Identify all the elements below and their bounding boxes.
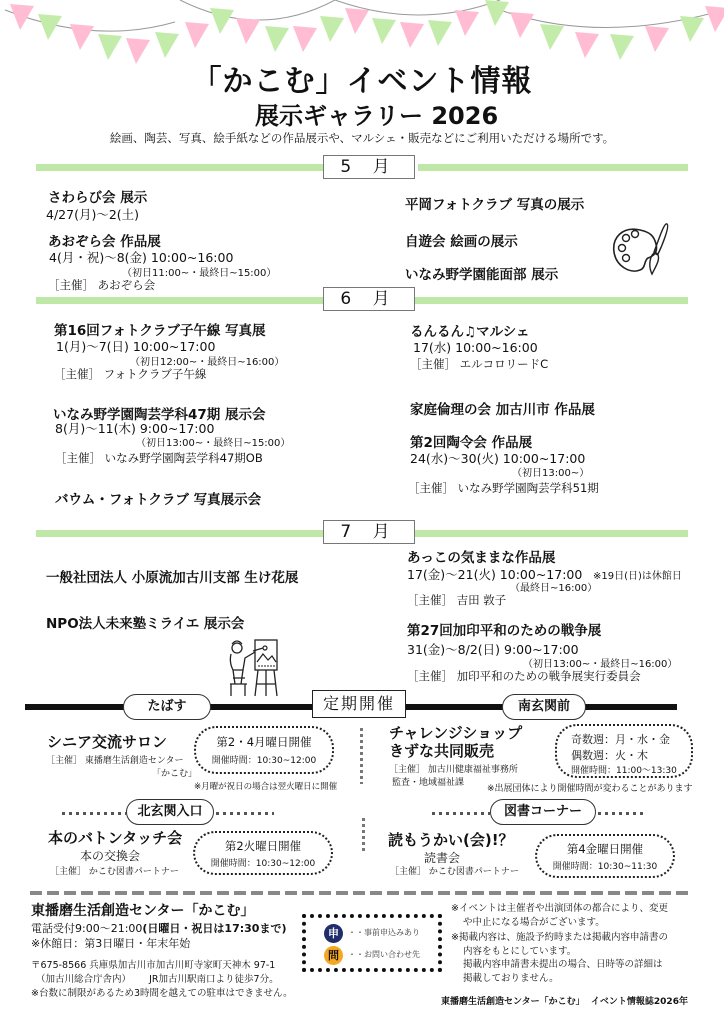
divider-dotted — [62, 812, 126, 815]
divider-dotted — [216, 812, 274, 815]
paint-palette-icon — [610, 222, 674, 280]
event-date: 17(水) 10:00~16:00 — [413, 338, 538, 356]
page-description: 絵画、陶芸、写真、絵手紙などの作品展示や、マルシェ・販売などにご利用いただける場… — [0, 130, 724, 146]
schedule-text: 奇数週：月・水・金 — [571, 731, 691, 747]
event-host: ［主催］ いなみ野学園陶芸学科51期 — [408, 480, 599, 496]
footer-address2: （加古川総合庁舎内） JR加古川駅南口より徒歩7分。 — [36, 971, 279, 985]
event-title: 第27回加印平和のための戦争展 — [407, 619, 601, 639]
month-label-may: 5 月 — [323, 155, 415, 179]
divider-dotted — [360, 728, 363, 784]
regular-events-label: 定期開催 — [312, 690, 406, 718]
note-line: 掲載しておりません。 — [451, 972, 668, 986]
regular-host: ［主催］ かこむ図書パートナー — [50, 864, 179, 877]
month-label-july: 7 月 — [323, 520, 415, 544]
regular-host: ［主催］ かこむ図書パートナー — [390, 864, 519, 877]
schedule-time: 開催時間：10:30~11:30 — [537, 859, 673, 872]
event-host: ［主催］ エルコロリードC — [410, 356, 548, 372]
regular-host2: 「かこむ」 — [152, 766, 197, 779]
footer-phone: 電話受付9:00～21:00(日曜日・祝日は17:30まで) — [31, 920, 286, 936]
event-title: バウム・フォトクラブ 写真展示会 — [55, 488, 261, 508]
inquiry-badge-icon: 問 — [324, 946, 343, 965]
event-date: 4/27(月)～2(土) — [46, 205, 139, 223]
schedule-text: 第2火曜日開催 — [195, 838, 331, 854]
note-line: 内容をもとにしています。 — [451, 945, 668, 959]
painter-at-easel-icon — [225, 638, 287, 698]
note-line: や中止になる場合がございます。 — [451, 916, 668, 930]
event-title: さわらび会 展示 — [48, 186, 147, 206]
schedule-time: 開催時間：10:30~12:00 — [196, 753, 332, 766]
footer-credit: 東播磨生活創造センター「かこむ」 イベント情報誌2026年 — [441, 994, 688, 1007]
schedule-time: 開催時間：10:30~12:00 — [195, 856, 331, 869]
regular-host: ［主催］ 東播磨生活創造センター — [46, 753, 184, 766]
event-note: （初日13:00~・最終日~15:00） — [136, 434, 290, 449]
apply-badge-icon: 申 — [324, 924, 343, 943]
month-bar-left — [36, 164, 326, 171]
regular-title: 読もうかい(会)!？ — [388, 829, 514, 850]
page-title: 「かこむ」イベント情報 — [0, 56, 724, 100]
regular-subtitle: 本の交換会 — [80, 847, 140, 864]
schedule-text: 第2・4月曜日開催 — [196, 734, 332, 750]
regular-footnote: ※月曜が祝日の場合は翌火曜日に開催 — [194, 780, 337, 792]
event-title: 家庭倫理の会 加古川市 作品展 — [410, 398, 595, 418]
footer-phone-hours-bold: (日曜日・祝日は17:30まで) — [142, 922, 286, 935]
event-note: （最終日~16:00） — [510, 579, 597, 594]
regular-host: ［主催］ 加古川健康福祉事務所 — [389, 762, 518, 775]
legend-box: 申 ・・事前申込みあり 問 ・・お問い合わせ先 — [302, 914, 442, 972]
schedule-box: 第4金曜日開催 開催時間：10:30~11:30 — [535, 834, 675, 878]
divider-dotted — [432, 812, 490, 815]
event-title: るんるん♫マルシェ — [410, 320, 530, 340]
divider-dotted — [598, 812, 646, 815]
event-title: 第16回フォトクラブ子午線 写真展 — [54, 319, 266, 339]
event-host: ［主催］ フォトクラブ子午線 — [54, 366, 206, 382]
footer-org-name: 東播磨生活創造センター「かこむ」 — [31, 900, 254, 920]
location-label-library-corner: 図書コーナー — [490, 799, 596, 825]
page-subtitle-title: 展示ギャラリー 2026 — [255, 96, 498, 131]
note-line: 掲載内容申請書未提出の場合、日時等の詳細は — [451, 958, 668, 972]
month-bar-right — [418, 164, 688, 171]
event-host: ［主催］ あおぞら会 — [48, 277, 155, 293]
legend-text: ・・お問い合わせ先 — [348, 949, 420, 960]
location-label-tabasu: たばす — [123, 694, 211, 720]
schedule-box: 第2・4月曜日開催 開催時間：10:30~12:00 — [194, 726, 334, 774]
note-line: ※イベントは主催者や出演団体の都合により、変更 — [451, 902, 668, 916]
note-line: ※掲載内容は、施設予約時または掲載内容申請書の — [451, 931, 668, 945]
event-host: ［主催］ 吉田 敦子 — [407, 592, 506, 608]
divider-dotted — [362, 818, 365, 854]
footer-phone-hours: 電話受付9:00～21:00 — [31, 922, 142, 935]
event-note: （初日13:00~） — [512, 464, 589, 479]
schedule-box: 奇数週：月・水・金 偶数週：火・木 開催時間：11:00～13:30 — [555, 724, 693, 778]
event-title: NPO法人未来塾ミライエ 展示会 — [46, 612, 244, 632]
event-title: あっこの気ままな作品展 — [407, 546, 555, 566]
event-host: ［主催］ 加印平和のための戦争展実行委員会 — [407, 668, 641, 684]
event-host: ［主催］ いなみ野学園陶芸学科47期OB — [55, 450, 263, 466]
footer-notes: ※イベントは主催者や出演団体の都合により、変更 や中止になる場合がございます。 … — [451, 902, 668, 985]
regular-title2: きずな共同販売 — [389, 740, 494, 761]
month-bar-right — [402, 530, 688, 537]
footer-divider — [30, 891, 692, 895]
event-date-note: ※19日(日)は休館日 — [593, 567, 682, 582]
event-title: 平岡フォトクラブ 写真の展示 — [405, 193, 584, 213]
month-bar-left — [36, 297, 326, 304]
month-bar-right — [402, 297, 688, 304]
regular-footnote: ※出展団体により開催時間が変わることがあります — [487, 781, 693, 794]
event-title: あおぞら会 作品展 — [48, 230, 161, 250]
footer-parking: ※台数に制限があるため3時間を越えての駐車はできません。 — [31, 985, 293, 999]
regular-host2: 監査・地域福祉課 — [392, 775, 464, 788]
location-label-north-entrance: 北玄関入口 — [126, 799, 214, 825]
footer-address: 〒675-8566 兵庫県加古川市加古川町寺家町天神木 97-1 — [31, 957, 275, 971]
schedule-text2: 偶数週：火・木 — [571, 747, 691, 763]
month-label-june: 6 月 — [323, 287, 415, 311]
footer-closed-days: ※休館日：第3日曜日・年末年始 — [31, 935, 190, 951]
legend-text: ・・事前申込みあり — [348, 927, 420, 938]
event-title: いなみ野学園能面部 展示 — [405, 263, 558, 283]
regular-title: 本のバトンタッチ会 — [48, 827, 182, 848]
event-title: 第2回陶令会 作品展 — [410, 431, 532, 451]
schedule-text: 第4金曜日開催 — [537, 841, 673, 857]
month-bar-left — [36, 530, 326, 537]
location-label-south-entrance: 南玄関前 — [502, 694, 586, 720]
schedule-time: 開催時間：11:00～13:30 — [571, 763, 691, 776]
regular-title: シニア交流サロン — [47, 731, 167, 752]
event-title: 一般社団法人 小原流加古川支部 生け花展 — [46, 566, 298, 586]
schedule-box: 第2火曜日開催 開催時間：10:30~12:00 — [193, 831, 333, 875]
event-title: 自遊会 絵画の展示 — [405, 230, 518, 250]
